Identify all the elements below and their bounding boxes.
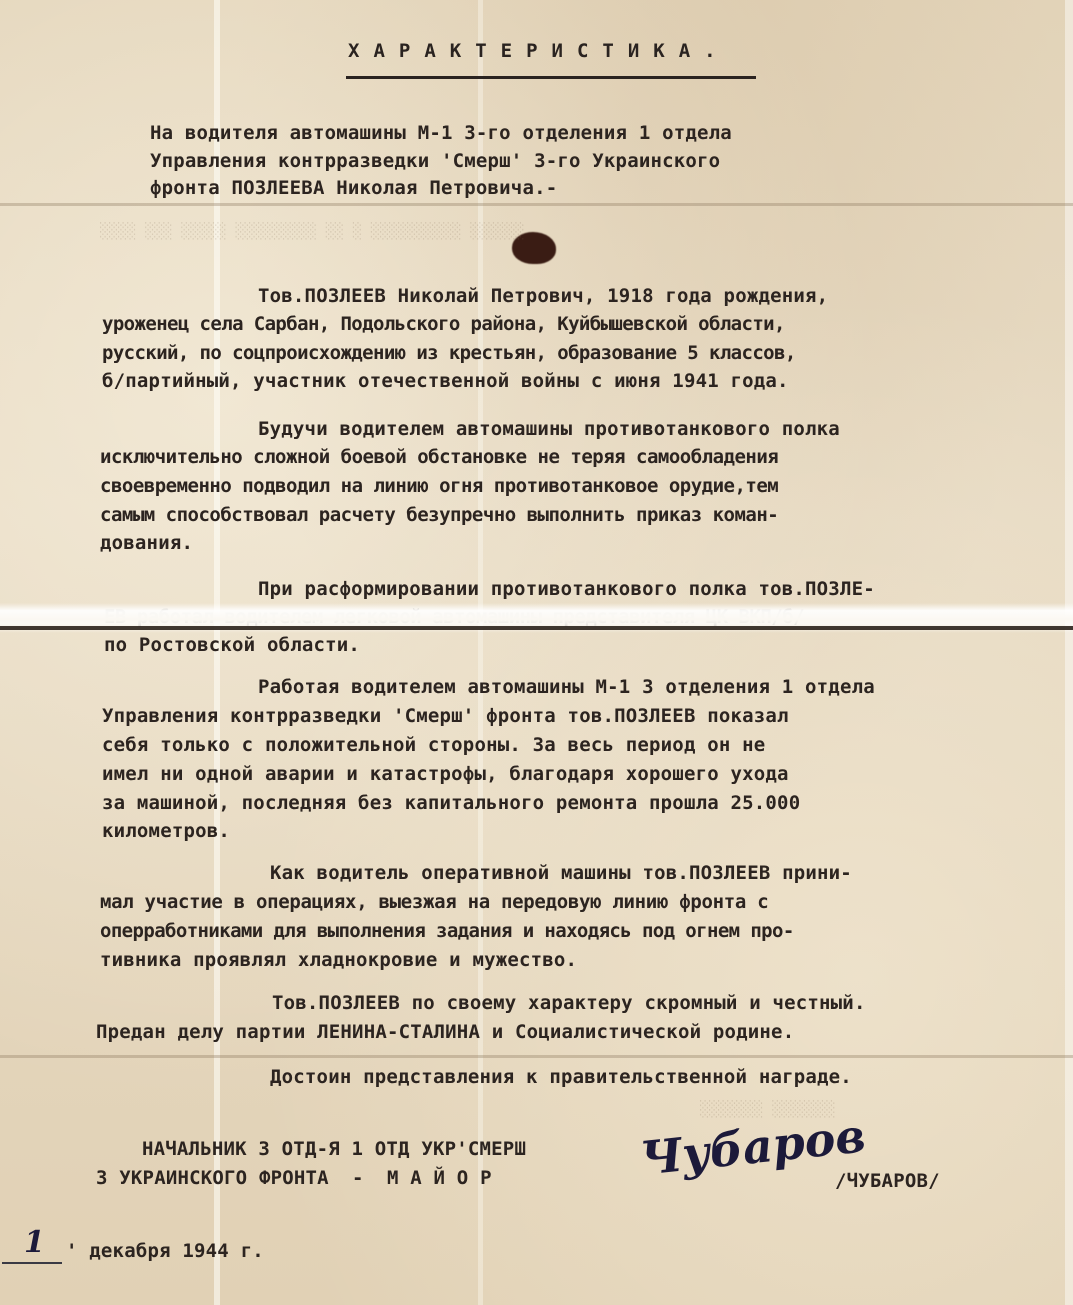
- date-day-handwritten: 1: [24, 1225, 45, 1260]
- paragraph-line: б/партийный, участник отечественной войн…: [102, 370, 789, 392]
- paragraph-line: оперработниками для выполнения задания и…: [100, 920, 794, 942]
- title-underline: [346, 76, 756, 79]
- paragraph-line: Как водитель оперативной машины тов.ПОЗЛ…: [270, 862, 852, 884]
- paragraph-line: имел ни одной аварии и катастрофы, благо…: [102, 763, 789, 785]
- paragraph-line: по Ростовской области.: [104, 634, 360, 656]
- paragraph-line: мал участие в операциях, выезжая на пере…: [100, 891, 768, 913]
- paragraph-line: Тов.ПОЗЛЕЕВ Николай Петрович, 1918 года …: [258, 285, 828, 307]
- date-underline: [2, 1262, 62, 1264]
- document-date: ' декабря 1944 г.: [66, 1240, 264, 1262]
- header-line: На водителя автомашины М-1 3-го отделени…: [150, 122, 732, 144]
- header-line: фронта ПОЗЛЕЕВА Николая Петровича.-: [150, 177, 557, 199]
- handwritten-signature: Чубаров: [638, 1108, 868, 1185]
- paragraph-line: самым способствовал расчету безупречно в…: [100, 504, 778, 526]
- paragraph-line: уроженец села Сарбан, Подольского района…: [102, 313, 785, 335]
- document-page: ХАРАКТЕРИСТИКА. На водителя автомашины М…: [0, 0, 1073, 1305]
- signatory-name: /ЧУБАРОВ/: [835, 1170, 940, 1192]
- paragraph-line: километров.: [102, 820, 230, 842]
- paper-crease-line: [0, 626, 1073, 630]
- paragraph-line: своевременно подводил на линию огня прот…: [100, 475, 778, 497]
- paragraph-line: Работая водителем автомашины М-1 3 отдел…: [258, 676, 875, 698]
- paragraph-line: тивника проявлял хладнокровие и мужество…: [100, 949, 577, 971]
- document-title: ХАРАКТЕРИСТИКА.: [348, 40, 730, 62]
- paragraph-line: При расформировании противотанкового пол…: [258, 578, 875, 600]
- paragraph-line: дования.: [100, 532, 193, 554]
- paragraph-line: Достоин представления к правительственно…: [270, 1066, 852, 1088]
- header-line: Управления контрразведки 'Смерш' 3-го Ук…: [150, 150, 720, 172]
- paragraph-line: Управления контрразведки 'Смерш' фронта …: [102, 705, 789, 727]
- paragraph-line: за машиной, последняя без капитального р…: [102, 792, 800, 814]
- signatory-title: НАЧАЛЬНИК 3 ОТД-Я 1 ОТД УКР'СМЕРШ: [142, 1138, 526, 1160]
- paragraph-line: русский, по соцпроисхождению из крестьян…: [102, 342, 796, 364]
- paragraph-line: Предан делу партии ЛЕНИНА-СТАЛИНА и Соци…: [96, 1021, 794, 1043]
- paragraph-line: исключительно сложной боевой обстановке …: [100, 446, 778, 468]
- signatory-rank: 3 УКРАИНСКОГО ФРОНТА - М А Й О Р: [96, 1167, 492, 1189]
- paragraph-line: Тов.ПОЗЛЕЕВ по своему характеру скромный…: [272, 992, 866, 1014]
- paragraph-line: себя только с положительной стороны. За …: [102, 734, 765, 756]
- paragraph-line: Будучи водителем автомашины противотанко…: [258, 418, 840, 440]
